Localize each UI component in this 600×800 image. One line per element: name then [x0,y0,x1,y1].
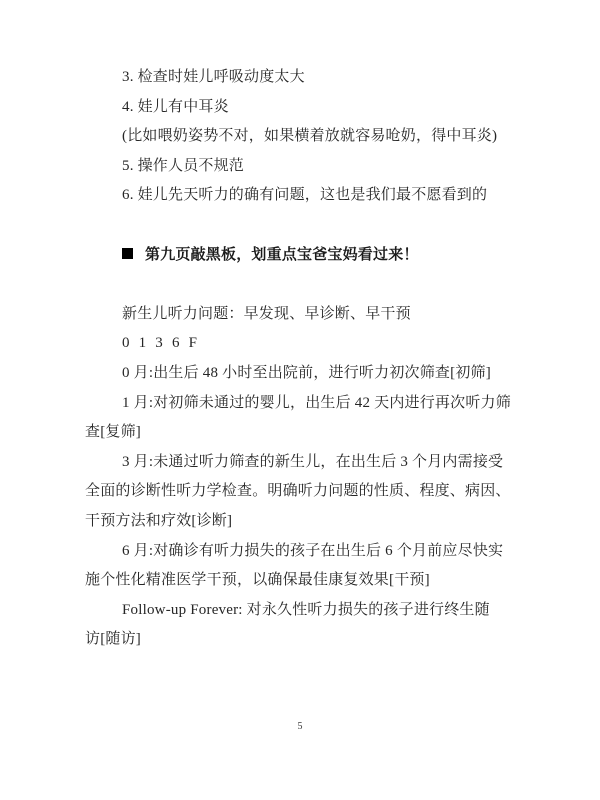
body-line: 全面的诊断性听力学检查。明确听力问题的性质、程度、病因、 [85,477,525,507]
body-line: 0 月:出生后 48 小时至出院前，进行听力初次筛查[初筛] [85,359,525,389]
body-line: 干预方法和疗效[诊断] [85,507,525,537]
body-line: 查[复筛] [85,418,525,448]
intro-line: 5. 操作人员不规范 [85,152,525,182]
section-heading-text: 第九页敲黑板，划重点宝爸宝妈看过来！ [145,247,419,263]
body-line: 6 月:对确诊有听力损失的孩子在出生后 6 个月前应尽快实 [85,537,525,567]
body-line: 访[随访] [85,625,525,655]
body-line: 施个性化精准医学干预，以确保最佳康复效果[干预] [85,566,525,596]
document-body: 3. 检查时娃儿呼吸动度太大 4. 娃儿有中耳炎 (比如喂奶姿势不对，如果横着放… [85,63,525,655]
intro-line: (比如喂奶姿势不对，如果横着放就容易呛奶，得中耳炎) [85,122,525,152]
body-line: 3 月:未通过听力筛查的新生儿，在出生后 3 个月内需接受 [85,448,525,478]
square-bullet-icon [122,248,133,259]
intro-line: 4. 娃儿有中耳炎 [85,93,525,123]
document-page: 3. 检查时娃儿呼吸动度太大 4. 娃儿有中耳炎 (比如喂奶姿势不对，如果横着放… [0,0,600,800]
intro-line: 3. 检查时娃儿呼吸动度太大 [85,63,525,93]
body-line: 0 1 3 6 F [85,329,525,359]
blank-line [85,211,525,241]
section-heading: 第九页敲黑板，划重点宝爸宝妈看过来！ [85,241,525,271]
intro-line: 6. 娃儿先天听力的确有问题，这也是我们最不愿看到的 [85,181,525,211]
blank-line [85,270,525,300]
body-line: 新生儿听力问题：早发现、早诊断、早干预 [85,300,525,330]
body-line: Follow-up Forever: 对永久性听力损失的孩子进行终生随 [85,596,525,626]
body-line: 1 月:对初筛未通过的婴儿，出生后 42 天内进行再次听力筛 [85,389,525,419]
page-number: 5 [0,720,600,734]
